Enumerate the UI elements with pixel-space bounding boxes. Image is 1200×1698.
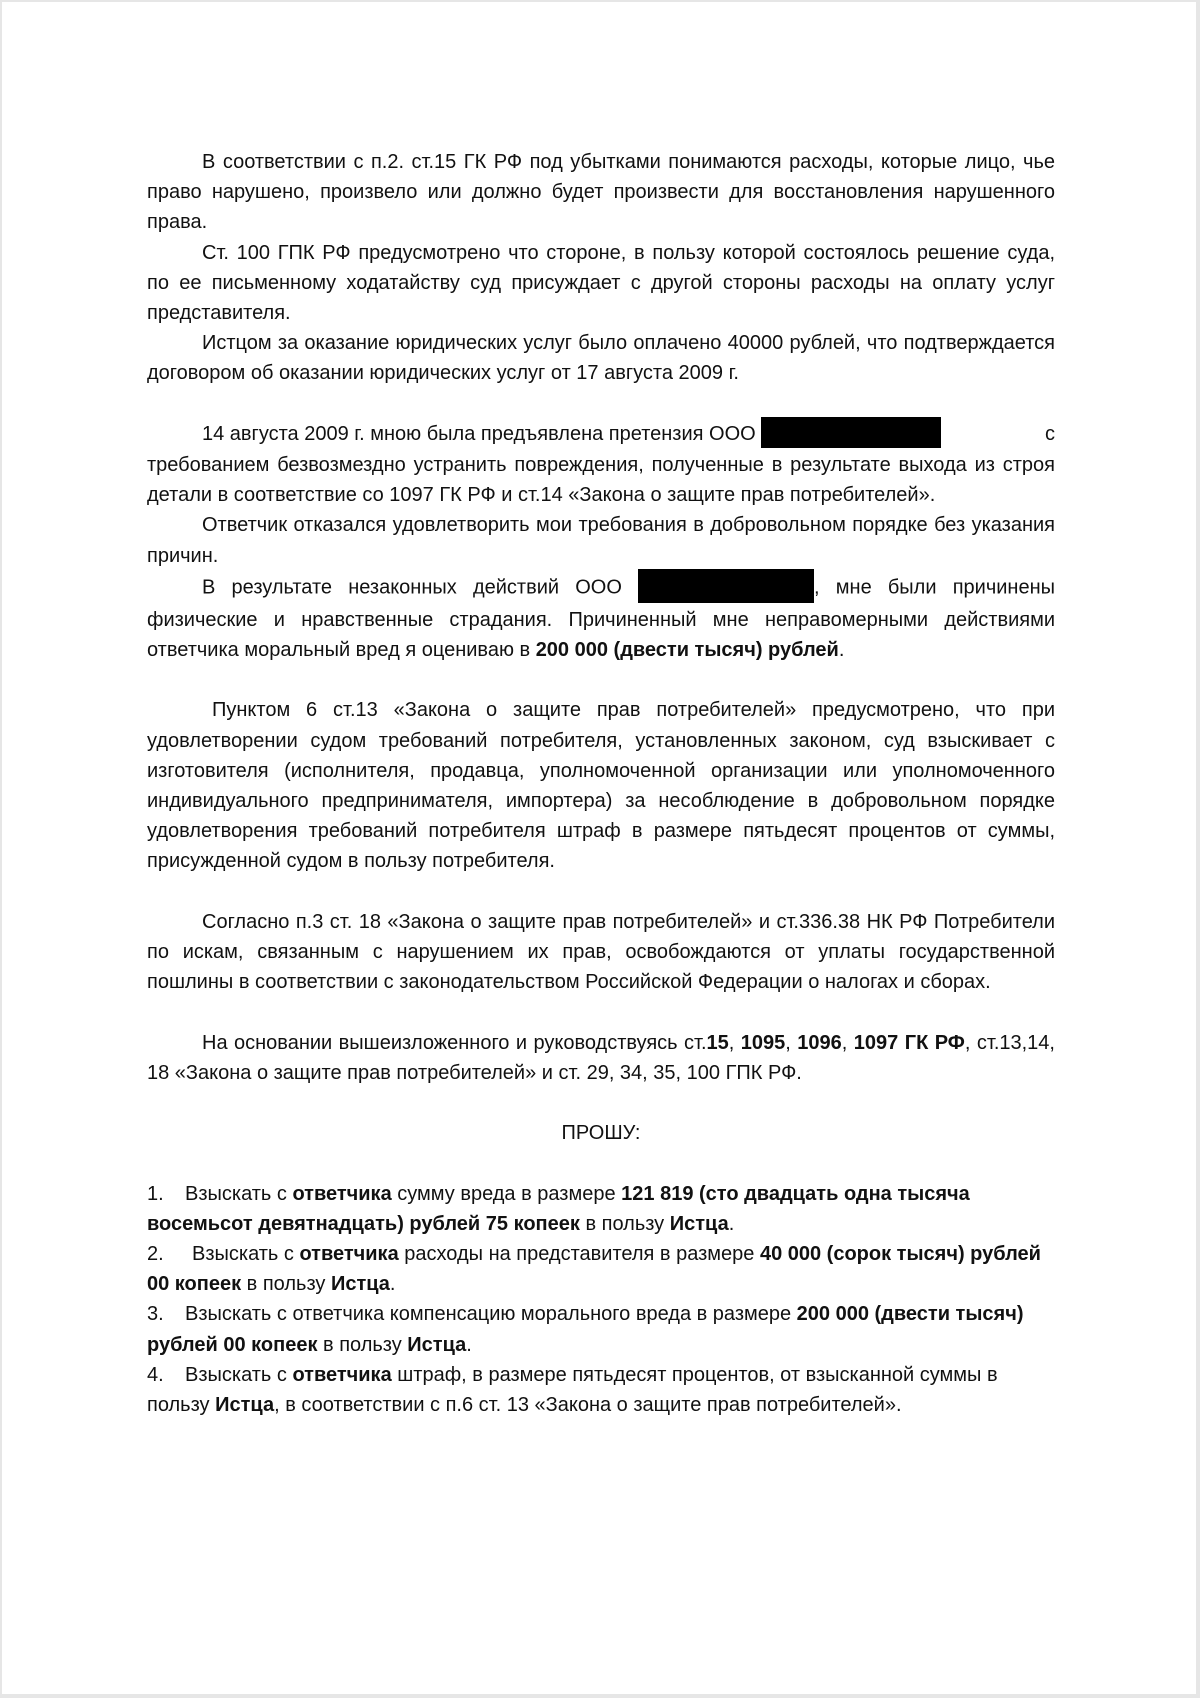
separator: , bbox=[842, 1032, 854, 1054]
request-text: в пользу bbox=[241, 1273, 331, 1295]
request-text: в пользу bbox=[580, 1213, 670, 1235]
request-text: сумму вреда в размере bbox=[392, 1183, 621, 1205]
request-text: расходы на представителя в размере bbox=[399, 1243, 760, 1265]
request-heading: ПРОШУ: bbox=[147, 1118, 1055, 1148]
paragraph-gap bbox=[147, 389, 1055, 419]
request-text: Взыскать с bbox=[185, 1364, 292, 1386]
request-text: Взыскать с bbox=[192, 1243, 299, 1265]
paragraph-gap bbox=[147, 1148, 1055, 1178]
paragraph-claim-submitted: 14 августа 2009 г. мною была предъявлена… bbox=[147, 419, 1055, 511]
paragraph-legal-basis: На основании вышеизложенного и руководст… bbox=[147, 1028, 1055, 1088]
request-text: . bbox=[466, 1334, 472, 1356]
request-item-2: 2.Взыскать с ответчика расходы на предст… bbox=[147, 1239, 1055, 1299]
plaintiff-label: Истца bbox=[407, 1334, 466, 1356]
request-text: в пользу bbox=[317, 1334, 407, 1356]
document-body: В соответствии с п.2. ст.15 ГК РФ под уб… bbox=[147, 147, 1055, 1420]
moral-damage-amount: 200 000 (двести тысяч) рублей bbox=[536, 639, 839, 661]
paragraph-moral-damage: В результате незаконных действий ООО , м… bbox=[147, 571, 1055, 665]
request-text: Взыскать с bbox=[185, 1183, 292, 1205]
paragraph-losses-definition: В соответствии с п.2. ст.15 ГК РФ под уб… bbox=[147, 147, 1055, 238]
paragraph-gap bbox=[147, 997, 1055, 1027]
redacted-company-name-2 bbox=[638, 569, 814, 603]
redacted-company-name bbox=[761, 417, 941, 448]
claim-text-rest: требованием безвозмездно устранить повре… bbox=[147, 454, 1055, 506]
separator: , bbox=[785, 1032, 797, 1054]
paragraph-state-duty-exemption: Согласно п.3 ст. 18 «Закона о защите пра… bbox=[147, 907, 1055, 998]
defendant-label: ответчика bbox=[292, 1364, 391, 1386]
list-number: 3. bbox=[147, 1299, 185, 1329]
paragraph-gap bbox=[147, 665, 1055, 695]
paragraph-defendant-refused: Ответчик отказался удовлетворить мои тре… bbox=[147, 510, 1055, 570]
claim-text-with: с bbox=[990, 419, 1055, 449]
list-number: 2. bbox=[147, 1239, 192, 1269]
plaintiff-label: Истца bbox=[215, 1394, 274, 1416]
legal-basis-text: На основании вышеизложенного и руководст… bbox=[202, 1032, 707, 1054]
request-item-3: 3.Взыскать с ответчика компенсацию морал… bbox=[147, 1299, 1055, 1359]
request-text: . bbox=[729, 1213, 735, 1235]
paragraph-gap bbox=[147, 1088, 1055, 1118]
moral-damage-text-after: , мне были причинены bbox=[814, 576, 1055, 598]
list-number: 1. bbox=[147, 1179, 185, 1209]
document-page: В соответствии с п.2. ст.15 ГК РФ под уб… bbox=[2, 2, 1196, 1694]
article-1095: 1095 bbox=[741, 1032, 786, 1054]
list-number: 4. bbox=[147, 1360, 185, 1390]
plaintiff-label: Истца bbox=[331, 1273, 390, 1295]
request-text: , в соответствии с п.6 ст. 13 «Закона о … bbox=[274, 1394, 901, 1416]
separator: , bbox=[729, 1032, 741, 1054]
request-text: . bbox=[390, 1273, 396, 1295]
defendant-label: ответчика bbox=[292, 1183, 391, 1205]
plaintiff-label: Истца bbox=[670, 1213, 729, 1235]
paragraph-legal-fees-paid: Истцом за оказание юридических услуг был… bbox=[147, 328, 1055, 388]
defendant-label: ответчика bbox=[299, 1243, 398, 1265]
article-15: 15 bbox=[707, 1032, 729, 1054]
paragraph-representative-costs: Ст. 100 ГПК РФ предусмотрено что стороне… bbox=[147, 238, 1055, 329]
paragraph-gap bbox=[147, 877, 1055, 907]
article-1096: 1096 bbox=[797, 1032, 842, 1054]
paragraph-fine-provision: Пунктом 6 ст.13 «Закона о защите прав по… bbox=[147, 695, 1055, 876]
moral-damage-text-start: В результате незаконных действий ООО bbox=[202, 576, 622, 598]
claim-text-start: 14 августа 2009 г. мною была предъявлена… bbox=[202, 423, 756, 445]
article-1097-gk-rf: 1097 ГК РФ bbox=[854, 1032, 965, 1054]
request-item-4: 4.Взыскать с ответчика штраф, в размере … bbox=[147, 1360, 1055, 1420]
request-item-1: 1.Взыскать с ответчика сумму вреда в раз… bbox=[147, 1179, 1055, 1239]
moral-damage-period: . bbox=[839, 639, 845, 661]
request-text: Взыскать с ответчика компенсацию моральн… bbox=[185, 1303, 797, 1325]
